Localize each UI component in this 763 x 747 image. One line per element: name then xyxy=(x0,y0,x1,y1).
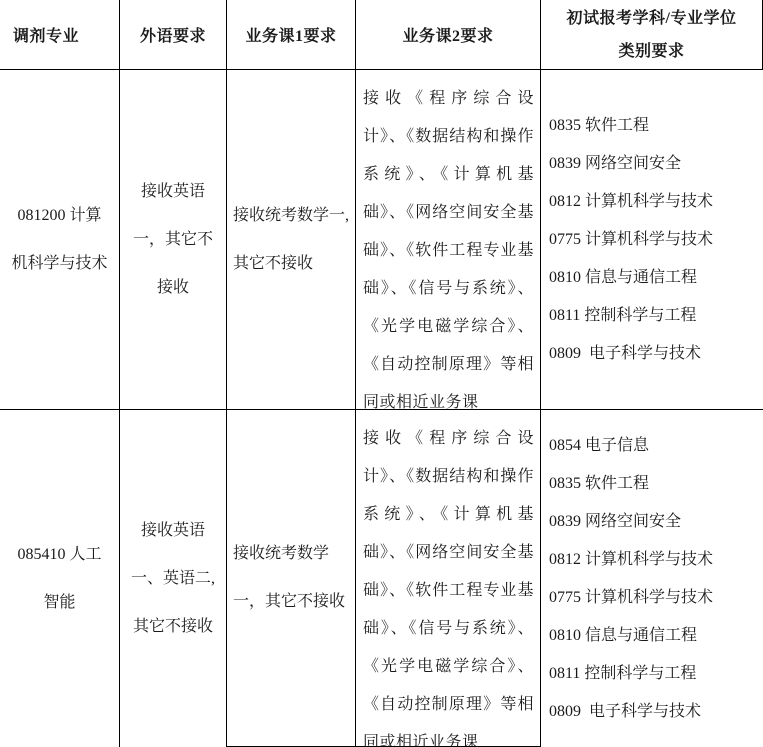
header-adjustment-major-label: 调剂专业 xyxy=(13,23,79,46)
header-course2: 业务课2要求 xyxy=(356,0,541,70)
subject-item: 0775 计算机科学与技术 xyxy=(549,221,763,259)
header-foreign-language: 外语要求 xyxy=(120,0,227,70)
subject-item: 0812 计算机科学与技术 xyxy=(549,183,763,221)
row1-course2-cell: 接收《程序综合设计》、《数据结构和操作系统》、《计算机基础》、《网络空间安全基础… xyxy=(356,70,541,410)
header-foreign-language-label: 外语要求 xyxy=(140,23,206,46)
row2-course1-cell: 接收统考数学一，其它不接收 xyxy=(227,410,356,747)
subject-item: 0839 网络空间安全 xyxy=(549,145,763,183)
subject-item: 0835 软件工程 xyxy=(549,107,763,145)
header-exam-subject-category-line1: 初试报考学科/专业学位 xyxy=(567,2,737,35)
row1-course1-cell: 接收统考数学一,其它不接收 xyxy=(227,70,356,410)
row2-subjects-cell: 0854 电子信息 0835 软件工程 0839 网络空间安全 0812 计算机… xyxy=(541,410,763,747)
subject-item: 0839 网络空间安全 xyxy=(549,503,763,541)
subject-item: 0809 电子科学与技术 xyxy=(549,693,763,731)
subject-item: 0811 控制科学与工程 xyxy=(549,297,763,335)
row1-course2: 接收《程序综合设计》、《数据结构和操作系统》、《计算机基础》、《网络空间安全基础… xyxy=(363,90,534,410)
row2-foreign-language: 接收英语一、英语二,其它不接收 xyxy=(131,507,215,651)
header-course1: 业务课1要求 xyxy=(227,0,356,70)
row1-subjects-cell: 0835 软件工程 0839 网络空间安全 0812 计算机科学与技术 0775… xyxy=(541,70,763,410)
row2-foreign-language-cell: 接收英语一、英语二,其它不接收 xyxy=(120,410,227,747)
subject-item: 0809 电子科学与技术 xyxy=(549,335,763,373)
row2-major-cell: 085410 人工智能 xyxy=(0,410,120,747)
subject-item: 0854 电子信息 xyxy=(549,427,763,465)
subject-item: 0810 信息与通信工程 xyxy=(549,259,763,297)
row2-course2: 接收《程序综合设计》、《数据结构和操作系统》、《计算机基础》、《网络空间安全基础… xyxy=(363,430,534,747)
subject-item: 0811 控制科学与工程 xyxy=(549,655,763,693)
header-course1-label: 业务课1要求 xyxy=(245,23,336,46)
subject-item: 0810 信息与通信工程 xyxy=(549,617,763,655)
document-page: 调剂专业 外语要求 业务课1要求 业务课2要求 初试报考学科/专业学位 类别要求… xyxy=(0,0,763,747)
header-exam-subject-category: 初试报考学科/专业学位 类别要求 xyxy=(541,0,763,70)
row2-course1: 接收统考数学一，其它不接收 xyxy=(233,530,351,626)
row2-major: 085410 人工智能 xyxy=(10,531,109,627)
subject-item: 0835 软件工程 xyxy=(549,465,763,503)
subject-item: 0812 计算机科学与技术 xyxy=(549,541,763,579)
row1-major-cell: 081200 计算机科学与技术 xyxy=(0,70,120,410)
row2-course2-cell: 接收《程序综合设计》、《数据结构和操作系统》、《计算机基础》、《网络空间安全基础… xyxy=(356,410,541,747)
row1-foreign-language-cell: 接收英语一，其它不接收 xyxy=(120,70,227,410)
header-adjustment-major: 调剂专业 xyxy=(0,0,120,70)
subject-item: 0775 计算机科学与技术 xyxy=(549,579,763,617)
row1-major: 081200 计算机科学与技术 xyxy=(10,192,109,288)
row1-foreign-language: 接收英语一，其它不接收 xyxy=(131,168,215,312)
header-course2-label: 业务课2要求 xyxy=(402,23,493,46)
header-exam-subject-category-line2: 类别要求 xyxy=(618,35,684,68)
adjustment-requirements-table: 调剂专业 外语要求 业务课1要求 业务课2要求 初试报考学科/专业学位 类别要求… xyxy=(0,0,763,747)
row1-course1: 接收统考数学一,其它不接收 xyxy=(233,192,351,288)
